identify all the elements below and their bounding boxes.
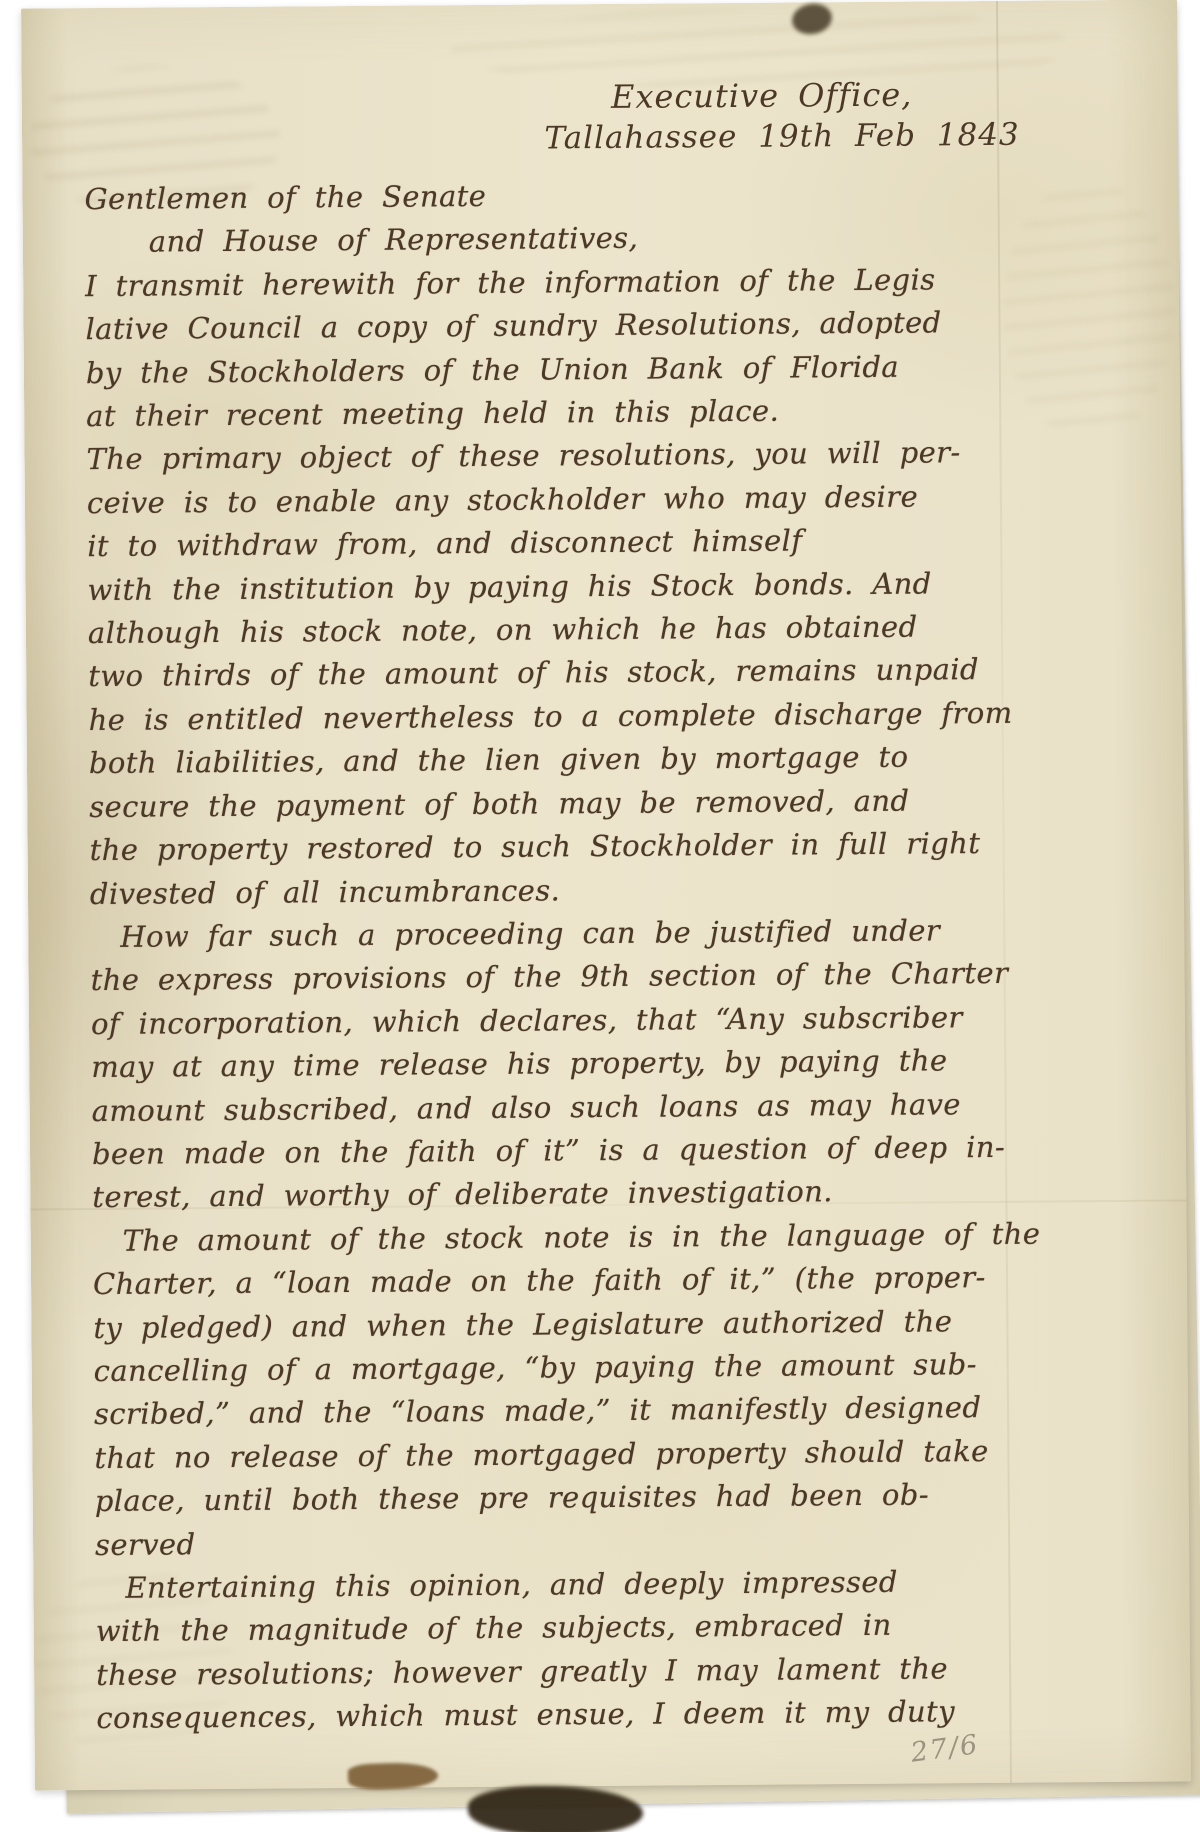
letter-line: I transmit herewith for the information … xyxy=(85,258,1025,309)
letter-line: Gentlemen of the Senate xyxy=(84,171,1024,222)
letter-line: with the institution by paying his Stock… xyxy=(87,561,1027,612)
letter-line: lative Council a copy of sundry Resoluti… xyxy=(85,301,1025,352)
letter-line: The amount of the stock note is in the l… xyxy=(93,1212,1033,1263)
letter-line: of incorporation, which declares, that “… xyxy=(91,995,1031,1046)
letter-line: scribed,” and the “loans made,” it manif… xyxy=(94,1386,1034,1437)
letter-line: served xyxy=(95,1516,1035,1567)
letter-line: Entertaining this opinion, and deeply im… xyxy=(95,1560,1035,1611)
letter-heading: Executive Office, Tallahassee 19th Feb 1… xyxy=(462,74,1063,157)
pencil-annotation: 27/6 xyxy=(909,1729,981,1769)
letter-line: been made on the faith of it” is a quest… xyxy=(92,1126,1032,1177)
bleedthrough-smudge xyxy=(1002,180,1174,441)
heading-office-line: Executive Office, xyxy=(462,74,1062,117)
letter-line: with the magnitude of the subjects, embr… xyxy=(96,1603,1036,1654)
letter-line: amount subscribed, and also such loans a… xyxy=(92,1082,1032,1133)
letter-line: How far such a proceeding can be justifi… xyxy=(90,909,1030,960)
letter-line: terest, and worthy of deliberate investi… xyxy=(92,1169,1032,1220)
letter-line: by the Stockholders of the Union Bank of… xyxy=(86,344,1026,395)
letter-line: both liabilities, and the lien given by … xyxy=(89,735,1029,786)
letter-line: may at any time release his property, by… xyxy=(91,1039,1031,1090)
letter-line: two thirds of the amount of his stock, r… xyxy=(88,648,1028,699)
letter-line: at their recent meeting held in this pla… xyxy=(86,388,1026,439)
scan-background: Executive Office, Tallahassee 19th Feb 1… xyxy=(0,0,1200,1832)
letter-line: Charter, a “loan made on the faith of it… xyxy=(93,1256,1033,1307)
letter-line: it to withdraw from, and disconnect hims… xyxy=(87,518,1027,569)
letter-line: that no release of the mortgaged propert… xyxy=(94,1429,1034,1480)
letter-line: ceive is to enable any stockholder who m… xyxy=(87,475,1027,526)
letter-line: secure the payment of both may be remove… xyxy=(89,778,1029,829)
letter-line: the property restored to such Stockholde… xyxy=(89,822,1029,873)
letter-line: divested of all incumbrances. xyxy=(90,865,1030,916)
letter-line: cancelling of a mortgage, “by paying the… xyxy=(94,1343,1034,1394)
letter-line: ty pledged) and when the Legislature aut… xyxy=(93,1299,1033,1350)
letter-line: the express provisions of the 9th sectio… xyxy=(90,952,1030,1003)
letter-line: he is entitled nevertheless to a complet… xyxy=(88,692,1028,743)
letter-line: these resolutions; however greatly I may… xyxy=(96,1646,1036,1697)
heading-dateline: Tallahassee 19th Feb 1843 xyxy=(462,116,1062,157)
letter-line: The primary object of these resolutions,… xyxy=(86,431,1026,482)
letter-page: Executive Office, Tallahassee 19th Feb 1… xyxy=(21,0,1191,1791)
letter-lines: Gentlemen of the Senateand House of Repr… xyxy=(84,171,1036,1741)
letter-line: place, until both these pre requisites h… xyxy=(95,1473,1035,1524)
letter-line: although his stock note, on which he has… xyxy=(88,605,1028,656)
letter-line: consequences, which must ensue, I deem i… xyxy=(96,1690,1036,1741)
letter-line: and House of Representatives, xyxy=(85,214,1025,265)
